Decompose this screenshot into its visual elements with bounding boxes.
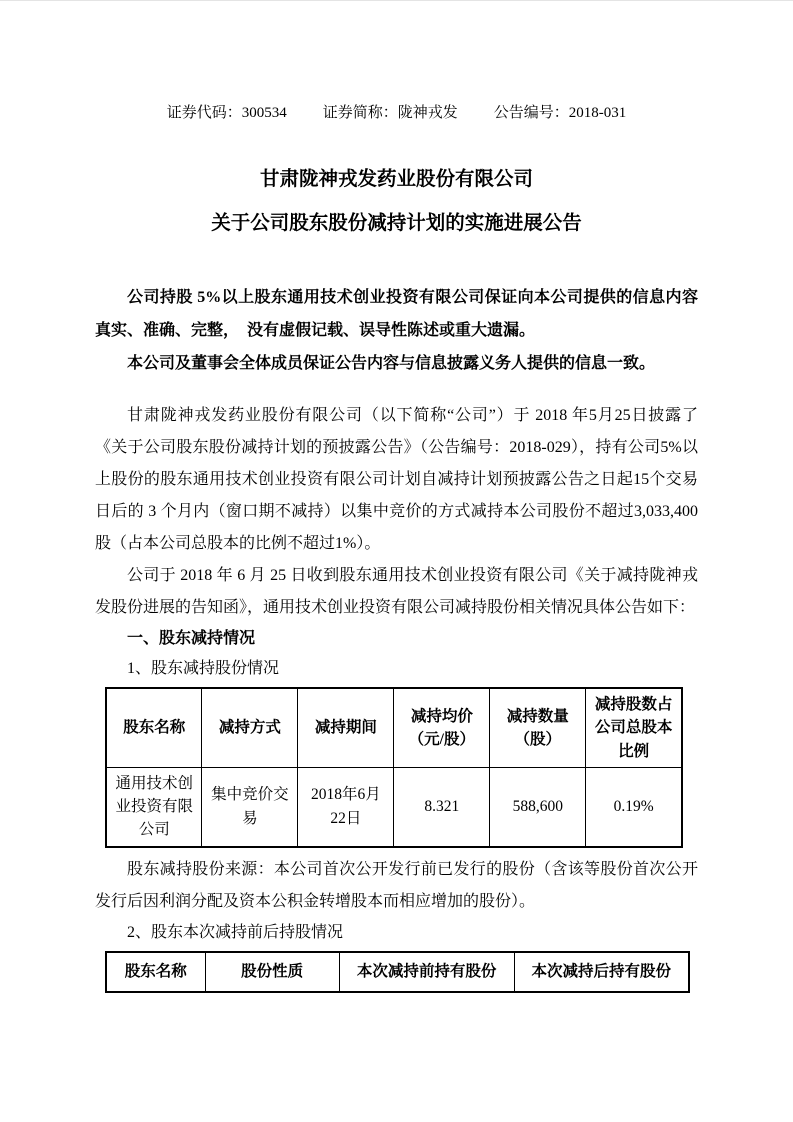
col-header-quantity: 减持数量 （股）	[490, 688, 586, 767]
cell-quantity: 588,600	[490, 767, 586, 846]
col-header-reduction-period: 减持期间	[298, 688, 394, 767]
cell-reduction-method: 集中竞价交易	[202, 767, 298, 846]
company-name-title: 甘肃陇神戎发药业股份有限公司	[95, 166, 698, 193]
col-header-reduction-method: 减持方式	[202, 688, 298, 767]
stock-short-name: 证券简称：陇神戎发	[323, 101, 458, 122]
col-header-shareholder-name: 股东名称	[106, 688, 202, 767]
doc-header-line: 证券代码：300534 证券简称：陇神戎发 公告编号：2018-031	[95, 101, 698, 122]
holdings-table-header-row: 股东名称 股份性质 本次减持前持有股份 本次减持后持有股份	[106, 952, 689, 992]
subsection-1-1-heading: 1、股东减持股份情况	[95, 654, 698, 684]
reduction-table-data-row: 通用技术创业投资有限公司 集中竞价交易 2018年6月 22日 8.321 58…	[106, 767, 682, 846]
announcement-document-page: 证券代码：300534 证券简称：陇神戎发 公告编号：2018-031 甘肃陇神…	[0, 0, 793, 1122]
holdings-before-after-table: 股东名称 股份性质 本次减持前持有股份 本次减持后持有股份	[105, 951, 690, 993]
commitment-statement-2: 本公司及董事会全体成员保证公告内容与信息披露义务人提供的信息一致。	[95, 347, 698, 380]
commitment-statement-1: 公司持股 5%以上股东通用技术创业投资有限公司保证向本公司提供的信息内容真实、准…	[95, 281, 698, 347]
section-1-heading: 一、股东减持情况	[95, 624, 698, 654]
commitment-statements: 公司持股 5%以上股东通用技术创业投资有限公司保证向本公司提供的信息内容真实、准…	[95, 281, 698, 380]
col-header-average-price: 减持均价 （元/股）	[394, 688, 490, 767]
announcement-title: 关于公司股东股份减持计划的实施进展公告	[95, 210, 698, 237]
cell-average-price: 8.321	[394, 767, 490, 846]
cell-ratio-of-total: 0.19%	[586, 767, 682, 846]
body-text: 甘肃陇神戎发药业股份有限公司（以下简称“公司”）于 2018 年5月25日披露了…	[95, 400, 698, 684]
subsection-1-2-heading: 2、股东本次减持前后持股情况	[95, 918, 698, 948]
cell-shareholder-name: 通用技术创业投资有限公司	[106, 767, 202, 846]
body-paragraph-1: 甘肃陇神戎发药业股份有限公司（以下简称“公司”）于 2018 年5月25日披露了…	[95, 400, 698, 560]
stock-code: 证券代码：300534	[167, 101, 287, 122]
cell-reduction-period: 2018年6月 22日	[298, 767, 394, 846]
reduction-table-header-row: 股东名称 减持方式 减持期间 减持均价 （元/股） 减持数量 （股） 减持股数占…	[106, 688, 682, 767]
announcement-number: 公告编号：2018-031	[494, 101, 627, 122]
col-header-held-before-reduction: 本次减持前持有股份	[339, 952, 514, 992]
share-reduction-table: 股东名称 减持方式 减持期间 减持均价 （元/股） 减持数量 （股） 减持股数占…	[105, 687, 683, 848]
col-header-share-nature: 股份性质	[205, 952, 339, 992]
col-header-ratio-of-total: 减持股数占 公司总股本 比例	[586, 688, 682, 767]
share-source-note: 股东减持股份来源：本公司首次公开发行前已发行的股份（含该等股份首次公开发行后因利…	[95, 854, 698, 918]
col-header-held-after-reduction: 本次减持后持有股份	[514, 952, 689, 992]
col-header-shareholder-name: 股东名称	[106, 952, 205, 992]
body-paragraph-2: 公司于 2018 年 6 月 25 日收到股东通用技术创业投资有限公司《关于减持…	[95, 560, 698, 624]
